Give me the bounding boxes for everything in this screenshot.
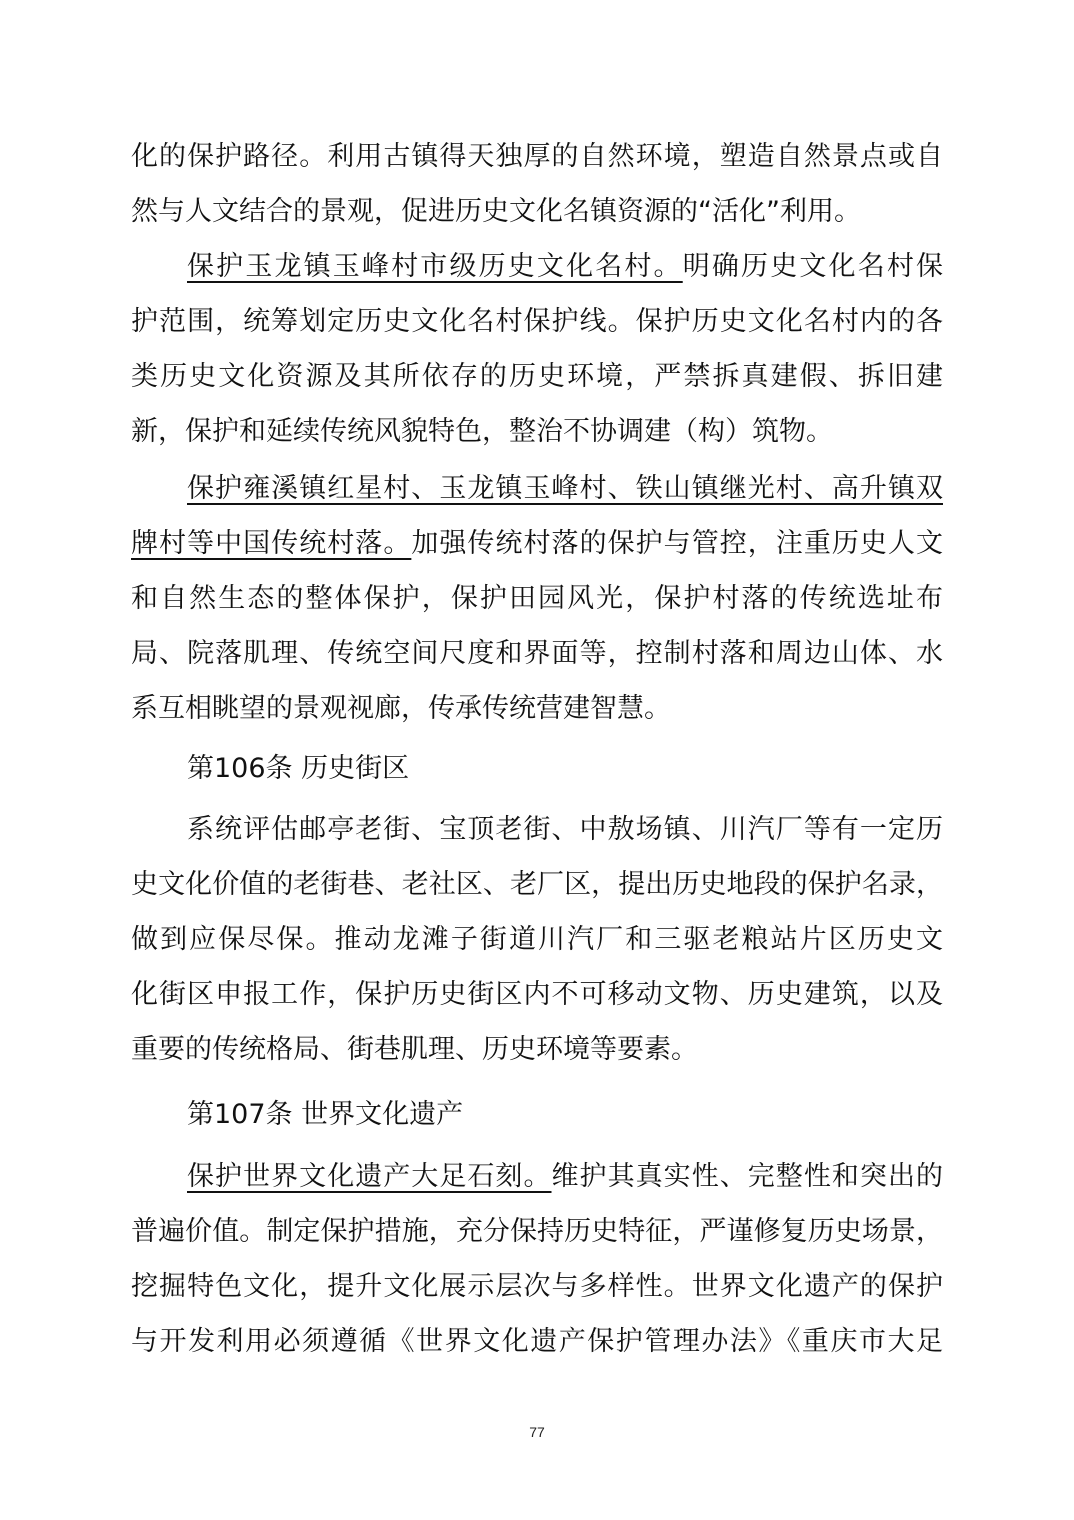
- text-line: 保护玉龙镇玉峰村市级历史文化名村。明确历史文化名村保: [131, 247, 943, 287]
- underlined-title: 保护玉龙镇玉峰村市级历史文化名村。: [187, 251, 683, 282]
- section-heading: 第107条 世界文化遗产: [131, 1095, 943, 1135]
- line-text: 加强传统村落的保护与管控，注重历史人文: [411, 528, 943, 559]
- line-text: 类历史文化资源及其所依存的历史环境，严禁拆真建假、拆旧建: [131, 361, 943, 392]
- line-text: 化街区申报工作，保护历史街区内不可移动文物、历史建筑，以及: [131, 979, 943, 1010]
- line-text: 与开发利用必须遵循《世界文化遗产保护管理办法》《重庆市大足: [131, 1326, 943, 1357]
- line-text: 化的保护路径。利用古镇得天独厚的自然环境，塑造自然景点或自: [131, 141, 943, 172]
- heading-text: 第106条 历史街区: [187, 753, 409, 784]
- line-text: 局、院落肌理、传统空间尺度和界面等，控制村落和周边山体、水: [131, 638, 943, 669]
- text-line: 新，保护和延续传统风貌特色，整治不协调建（构）筑物。: [131, 412, 943, 452]
- line-text: 重要的传统格局、街巷肌理、历史环境等要素。: [131, 1034, 698, 1065]
- text-line: 类历史文化资源及其所依存的历史环境，严禁拆真建假、拆旧建: [131, 357, 943, 397]
- text-line: 系统评估邮亭老街、宝顶老街、中敖场镇、川汽厂等有一定历: [131, 810, 943, 850]
- page-number: 77: [0, 1424, 1074, 1440]
- underlined-title: 牌村等中国传统村落。: [131, 528, 411, 559]
- line-text: 维护其真实性、完整性和突出的: [552, 1161, 944, 1192]
- text-line: 化街区申报工作，保护历史街区内不可移动文物、历史建筑，以及: [131, 975, 943, 1015]
- line-text: 挖掘特色文化，提升文化展示层次与多样性。世界文化遗产的保护: [131, 1271, 943, 1302]
- text-line: 重要的传统格局、街巷肌理、历史环境等要素。: [131, 1030, 943, 1070]
- line-text: 新，保护和延续传统风貌特色，整治不协调建（构）筑物。: [131, 416, 833, 447]
- text-line: 护范围，统筹划定历史文化名村保护线。保护历史文化名村内的各: [131, 302, 943, 342]
- text-line: 做到应保尽保。推动龙滩子街道川汽厂和三驱老粮站片区历史文: [131, 920, 943, 960]
- text-line: 普遍价值。制定保护措施，充分保持历史特征，严谨修复历史场景，: [131, 1212, 943, 1252]
- line-text: 系统评估邮亭老街、宝顶老街、中敖场镇、川汽厂等有一定历: [187, 814, 943, 845]
- text-line: 保护雍溪镇红星村、玉龙镇玉峰村、铁山镇继光村、高升镇双: [131, 469, 943, 509]
- text-line: 局、院落肌理、传统空间尺度和界面等，控制村落和周边山体、水: [131, 634, 943, 674]
- text-line: 史文化价值的老街巷、老社区、老厂区，提出历史地段的保护名录，: [131, 865, 943, 905]
- line-text: 和自然生态的整体保护，保护田园风光，保护村落的传统选址布: [131, 583, 943, 614]
- text-line: 牌村等中国传统村落。加强传统村落的保护与管控，注重历史人文: [131, 524, 943, 564]
- heading-text: 第107条 世界文化遗产: [187, 1099, 463, 1130]
- line-text: 普遍价值。制定保护措施，充分保持历史特征，严谨修复历史场景，: [131, 1216, 943, 1247]
- underlined-title: 保护雍溪镇红星村、玉龙镇玉峰村、铁山镇继光村、高升镇双: [187, 473, 943, 504]
- line-text: 护范围，统筹划定历史文化名村保护线。保护历史文化名村内的各: [131, 306, 943, 337]
- line-text: 系互相眺望的景观视廊，传承传统营建智慧。: [131, 693, 671, 724]
- text-line: 挖掘特色文化，提升文化展示层次与多样性。世界文化遗产的保护: [131, 1267, 943, 1307]
- text-line: 和自然生态的整体保护，保护田园风光，保护村落的传统选址布: [131, 579, 943, 619]
- text-line: 与开发利用必须遵循《世界文化遗产保护管理办法》《重庆市大足: [131, 1322, 943, 1362]
- section-heading: 第106条 历史街区: [131, 749, 943, 789]
- line-text: 史文化价值的老街巷、老社区、老厂区，提出历史地段的保护名录，: [131, 869, 943, 900]
- text-line: 化的保护路径。利用古镇得天独厚的自然环境，塑造自然景点或自: [131, 137, 943, 177]
- line-text: 然与人文结合的景观，促进历史文化名镇资源的“活化”利用。: [131, 196, 861, 227]
- underlined-title: 保护世界文化遗产大足石刻。: [187, 1161, 552, 1192]
- text-line: 然与人文结合的景观，促进历史文化名镇资源的“活化”利用。: [131, 192, 943, 232]
- line-text: 做到应保尽保。推动龙滩子街道川汽厂和三驱老粮站片区历史文: [131, 924, 943, 955]
- line-text: 明确历史文化名村保: [683, 251, 943, 282]
- text-line: 保护世界文化遗产大足石刻。维护其真实性、完整性和突出的: [131, 1157, 943, 1197]
- text-line: 系互相眺望的景观视廊，传承传统营建智慧。: [131, 689, 943, 729]
